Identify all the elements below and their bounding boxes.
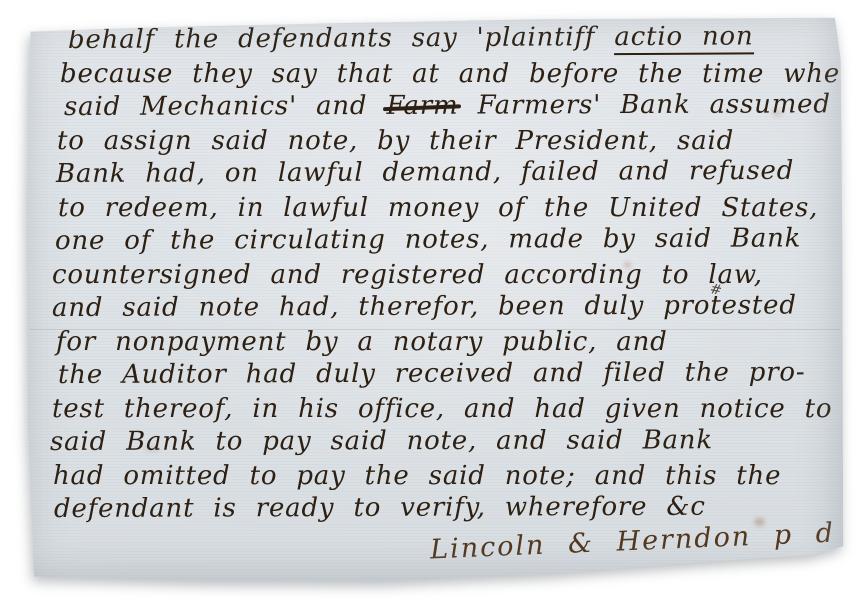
text-segment: had omitted to pay the said note; and th…: [53, 461, 781, 491]
text-segment: defendant is ready to verify, wherefore …: [54, 492, 706, 524]
manuscript-line: said Bank to pay said note, and said Ban…: [50, 424, 824, 460]
manuscript-line: the Auditor had duly received and filed …: [58, 356, 824, 392]
document-photo: behalf the defendants say 'plaintiff act…: [0, 0, 863, 599]
paper-sheet: behalf the defendants say 'plaintiff act…: [26, 14, 844, 584]
underlined-phrase: actio non: [614, 21, 753, 55]
manuscript-line: Bank had, on lawful demand, failed and r…: [56, 155, 824, 192]
manuscript-line: had omitted to pay the said note; and th…: [53, 460, 824, 494]
manuscript-line: test thereof, in his office, and had giv…: [52, 393, 824, 427]
manuscript-line: behalf the defendants say 'plaintiff act…: [68, 20, 824, 57]
manuscript-line: one of the circulating notes, made by sa…: [55, 222, 824, 258]
text-segment: the Auditor had duly received and filed …: [58, 357, 806, 390]
manuscript-line: to redeem, in lawful money of the United…: [58, 192, 824, 226]
manuscript-line: to assign said note, by their President,…: [57, 125, 824, 159]
text-segment: said Bank to pay said note, and said Ban…: [50, 425, 713, 457]
text-segment: Farmers' Bank assumed: [458, 89, 830, 120]
text-segment: countersigned and registered according t…: [52, 260, 763, 290]
manuscript-line: said Mechanics' and Farm Farmers' Bank a…: [64, 88, 824, 124]
text-segment: Bank had, on lawful demand, failed and r…: [56, 156, 794, 189]
text-segment: to redeem, in lawful money of the United…: [58, 193, 818, 223]
manuscript-text: behalf the defendants say 'plaintiff act…: [52, 24, 824, 527]
struck-out-word: Farm: [386, 91, 458, 121]
text-segment: because they say that at and before the …: [60, 59, 858, 89]
text-segment: to assign said note, by their President,…: [57, 126, 734, 156]
manuscript-line: because they say that at and before the …: [60, 58, 824, 92]
manuscript-line: for nonpayment by a notary public, and: [56, 326, 824, 360]
text-segment: one of the circulating notes, made by sa…: [55, 223, 801, 256]
text-segment: said Mechanics' and: [64, 91, 387, 122]
manuscript-line: countersigned and registered according t…: [52, 259, 824, 293]
manuscript-line: defendant is ready to verify, wherefore …: [54, 490, 824, 526]
paper-sheet-wrapper: behalf the defendants say 'plaintiff act…: [26, 14, 844, 584]
text-segment: for nonpayment by a notary public, and: [56, 327, 668, 357]
text-segment: behalf the defendants say 'plaintiff: [68, 22, 615, 55]
text-segment: test thereof, in his office, and had giv…: [52, 394, 832, 424]
text-segment: and said note had, therefor, been duly p…: [52, 290, 797, 323]
